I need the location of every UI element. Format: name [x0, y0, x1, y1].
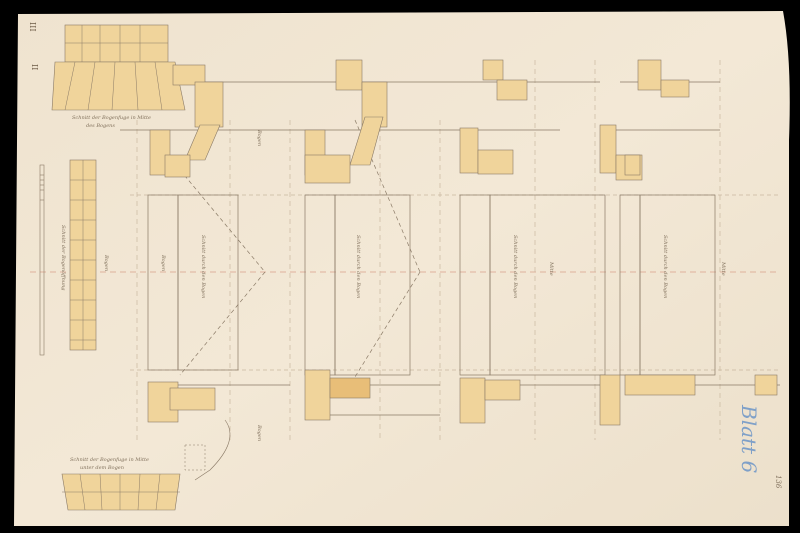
blue-sheet-label: Blatt 6 — [737, 405, 761, 473]
roman-numeral-bottom: II — [30, 64, 39, 70]
mitte-label-1: Mitte — [548, 262, 554, 276]
left-wall-label: Schnitt der Bogenöffnung — [60, 225, 66, 291]
drawing-canvas — [0, 0, 800, 533]
section-label-3: Schnitt durch den Bogen — [512, 235, 518, 298]
section-label-4: Schnitt durch den Bogen — [662, 235, 668, 298]
mitte-label-2: Mitte — [720, 262, 726, 276]
caption-top-left-1: Schnitt der Bogenfuge in Mitte — [72, 115, 151, 121]
bogen-label-4: Bogen — [256, 425, 262, 441]
section-label-2: Schnitt durch den Bogen — [355, 235, 361, 298]
roman-numeral-top: III — [28, 22, 37, 31]
bogen-label-3: Bogen — [256, 130, 262, 146]
caption-bottom-left-1: Schnitt der Bogenfuge in Mitte — [70, 457, 149, 463]
caption-top-left-2: des Bogens — [86, 123, 115, 129]
sheet-number: 136 — [774, 475, 782, 488]
bogen-label-2: Bogen — [103, 255, 109, 271]
caption-bottom-left-2: unter dem Bogen — [80, 465, 124, 471]
section-label-1: Schnitt durch den Bogen — [200, 235, 206, 298]
drawing-sheet — [0, 0, 800, 533]
bogen-label-1: Bogen — [160, 255, 166, 271]
